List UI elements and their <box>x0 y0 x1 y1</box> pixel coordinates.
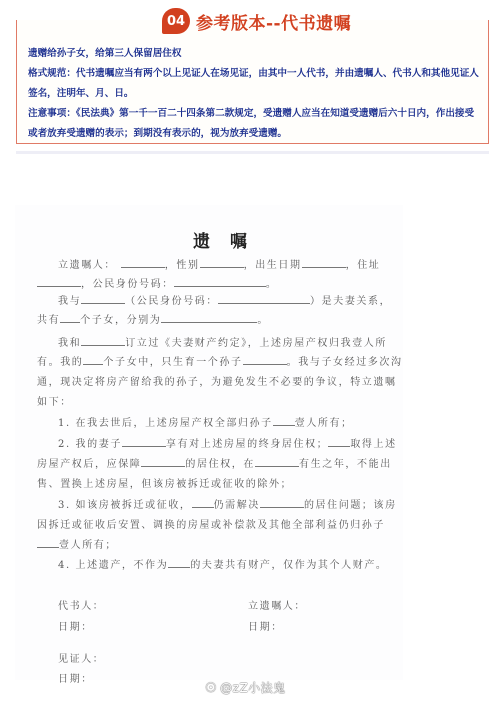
notice-text: 遗赠给孙子女，给第三人保留居住权 格式规范：代书遗嘱应当有两个以上见证人在场见证… <box>28 44 480 144</box>
text: 因拆迁或征收后安置、调换的房屋或补偿款及其他全部利益仍归孙子 <box>37 520 385 531</box>
text: 立遗嘱人： <box>58 260 116 271</box>
text: ，住址 <box>346 260 381 271</box>
blank-field <box>218 294 310 304</box>
blank-field <box>141 457 185 467</box>
blank-field <box>174 277 266 287</box>
blank-field <box>37 277 81 287</box>
testator-date-label: 日期： <box>248 618 283 633</box>
watermark-text: @zZ小法鬼 <box>220 681 286 695</box>
agent-date-label: 日期： <box>58 618 93 633</box>
text: 1. 在我去世后，上述房屋产权全部归孙子 <box>58 418 273 429</box>
testator-label: 立遗嘱人： <box>248 597 306 612</box>
section-heading: 04 参考版本--代书遗嘱 <box>162 8 351 34</box>
blank-field <box>168 558 190 568</box>
text: 2. 我的妻子 <box>58 439 122 450</box>
blank-field <box>161 313 257 323</box>
doc-line: 3. 如该房被拆迁或征收，仍需解决的居住问题；该房 <box>58 496 397 511</box>
text: 如下： <box>37 397 72 408</box>
doc-line: 房屋产权后，应保障的居住权，在有生之年，不能出 <box>37 455 392 470</box>
notice-line: 遗赠给孙子女，给第三人保留居住权 <box>28 44 480 64</box>
section-title: 参考版本--代书遗嘱 <box>196 9 351 34</box>
watermark: ☉@zZ小法鬼 <box>205 679 286 696</box>
doc-line: 我和订立过《夫妻财产约定》，上述房屋产权归我壹人所 <box>58 334 387 349</box>
text: 有。我的 <box>37 357 83 368</box>
document-title: 遗嘱 <box>193 227 267 252</box>
text: 3. 如该房被拆迁或征收， <box>58 500 192 511</box>
text: 个子女，分别为 <box>80 315 161 326</box>
text: 我和 <box>58 338 81 349</box>
text: 。 <box>257 315 269 326</box>
blank-field <box>122 437 166 447</box>
witness-label: 见证人： <box>58 650 104 665</box>
doc-line: 1. 在我去世后，上述房屋产权全部归孙子壹人所有； <box>58 414 353 429</box>
agent-label: 代书人： <box>58 597 104 612</box>
doc-line: 共有个子女，分别为。 <box>37 311 269 326</box>
blank-field <box>328 437 350 447</box>
text: 通，现决定将房产留给我的孙子，为避免发生不必要的争议，特立遗嘱 <box>37 377 397 388</box>
blank-field <box>243 355 287 365</box>
blank-field <box>200 258 244 268</box>
text: 的居住问题；该房 <box>304 500 397 511</box>
text: 订立过《夫妻财产约定》，上述房屋产权归我壹人所 <box>125 338 387 349</box>
text: 我与 <box>58 296 81 307</box>
text: 享有对上述房屋的终身居住权； <box>166 439 328 450</box>
text: ，性别 <box>165 260 200 271</box>
blank-field <box>260 498 304 508</box>
blank-field <box>255 457 299 467</box>
divider <box>16 151 489 154</box>
text: ，出生日期 <box>244 260 302 271</box>
text: 仍需解决 <box>214 500 260 511</box>
text: 取得上述 <box>350 439 396 450</box>
blank-field <box>83 355 103 365</box>
blank-field <box>121 258 165 268</box>
blank-field <box>81 336 125 346</box>
doc-line: 因拆迁或征收后安置、调换的房屋或补偿款及其他全部利益仍归孙子 <box>37 516 385 531</box>
text: 房屋产权后，应保障 <box>37 459 141 470</box>
blank-field <box>273 416 295 426</box>
doc-line: 壹人所有； <box>37 536 117 551</box>
doc-line: 如下： <box>37 393 72 408</box>
text: 。我与子女经过多次沟 <box>287 357 403 368</box>
blank-field <box>81 294 125 304</box>
text: ）是夫妻关系， <box>310 296 391 307</box>
text: 有生之年，不能出 <box>299 459 392 470</box>
blank-field <box>302 258 346 268</box>
text: 个子女中，只生育一个孙子 <box>103 357 242 368</box>
doc-line: 我与（公民身份号码：）是夫妻关系， <box>58 292 391 307</box>
doc-line: 立遗嘱人： ，性别，出生日期，住址 <box>58 256 380 271</box>
text: 共有 <box>37 315 60 326</box>
will-document: 遗嘱 立遗嘱人： ，性别，出生日期，住址 ，公民身份号码：。 我与（公民身份号码… <box>15 205 403 680</box>
text: （公民身份号码： <box>125 296 218 307</box>
witness-date-label: 日期： <box>58 670 93 685</box>
blank-field <box>60 313 80 323</box>
notice-line: 或者放弃受遗赠的表示；到期没有表示的，视为放弃受遗赠。 <box>28 124 480 144</box>
text: ，公民身份号码： <box>81 279 174 290</box>
section-number-badge: 04 <box>162 8 190 34</box>
notice-line: 注意事项：《民法典》第一千一百二十四条第二款规定，受遗赠人应当在知道受遗赠后六十… <box>28 104 480 124</box>
blank-field <box>192 498 214 508</box>
text: 的居住权，在 <box>185 459 255 470</box>
doc-line: 2. 我的妻子享有对上述房屋的终身居住权；取得上述 <box>58 435 397 450</box>
text: 壹人所有； <box>295 418 353 429</box>
weibo-icon: ☉ <box>205 681 217 696</box>
doc-line: 4. 上述遗产，不作为的夫妻共有财产，仅作为其个人财产。 <box>58 556 388 571</box>
notice-line: 签名，注明年、月、日。 <box>28 84 480 104</box>
text: 的夫妻共有财产，仅作为其个人财产。 <box>190 560 387 571</box>
blank-field <box>37 538 59 548</box>
doc-line: 通，现决定将房产留给我的孙子，为避免发生不必要的争议，特立遗嘱 <box>37 373 397 388</box>
text: 。 <box>266 279 278 290</box>
text: 售、置换上述房屋，但该房被拆迁或征收的除外； <box>37 479 292 490</box>
doc-line: 售、置换上述房屋，但该房被拆迁或征收的除外； <box>37 475 292 490</box>
text: 4. 上述遗产，不作为 <box>58 560 168 571</box>
notice-line: 格式规范：代书遗嘱应当有两个以上见证人在场见证，由其中一人代书，并由遗嘱人、代书… <box>28 64 480 84</box>
doc-line: 有。我的个子女中，只生育一个孙子。我与子女经过多次沟 <box>37 353 403 368</box>
doc-line: ，公民身份号码：。 <box>37 275 277 290</box>
text: 壹人所有； <box>59 540 117 551</box>
